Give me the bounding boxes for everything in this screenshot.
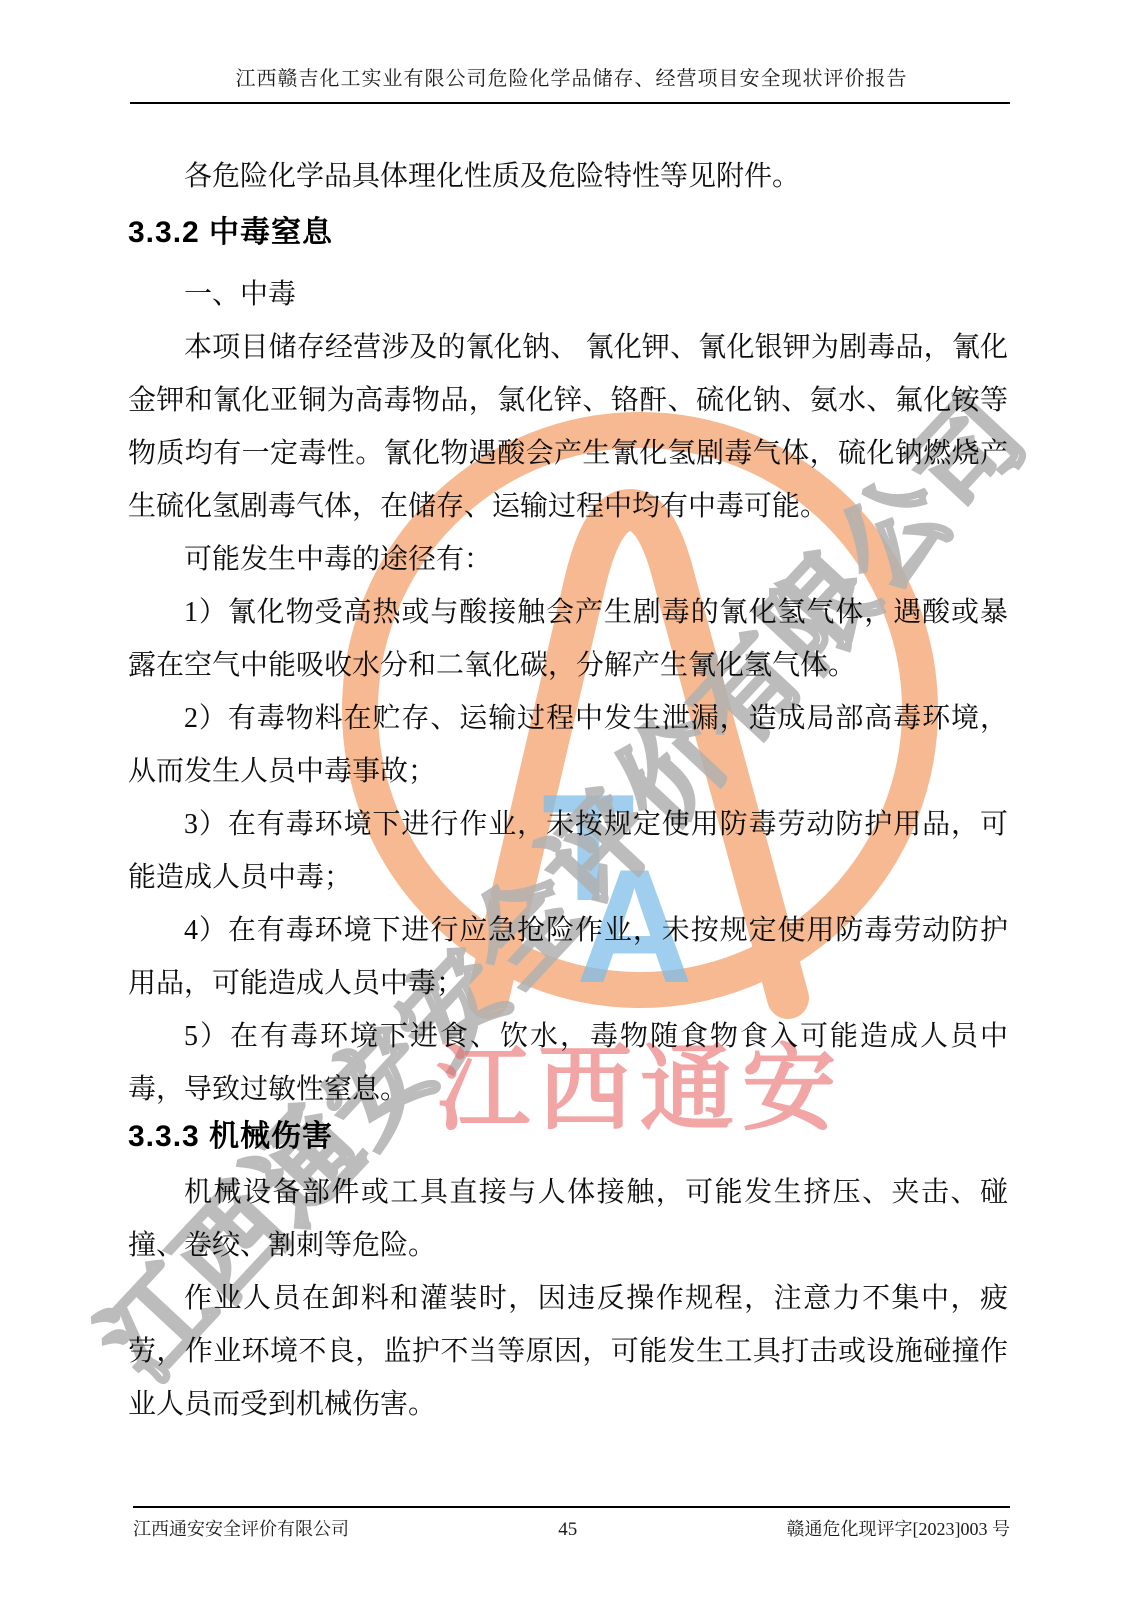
page-footer: 江西通安安全评价有限公司 45 赣通危化现评字[2023]003 号 [133, 1515, 1010, 1541]
document-body: 各危险化学品具体理化性质及危险特性等见附件。 3.3.2 中毒窒息 一、中毒 本… [128, 150, 1008, 1431]
list-item-2: 2）有毒物料在贮存、运输过程中发生泄漏，造成局部高毒环境，从而发生人员中毒事故； [128, 692, 1008, 798]
paragraph-toxic-overview: 本项目储存经营涉及的氰化钠、 氰化钾、氰化银钾为剧毒品，氰化金钾和氰化亚铜为高毒… [128, 321, 1008, 533]
paragraph-mechanical-detail: 作业人员在卸料和灌装时，因违反操作规程，注意力不集中，疲劳，作业环境不良，监护不… [128, 1272, 1008, 1431]
footer-doc-number: 赣通危化现评字[2023]003 号 [787, 1515, 1011, 1541]
paragraph-mechanical-overview: 机械设备部件或工具直接与人体接触，可能发生挤压、夹击、碰撞、卷绞、割刺等危险。 [128, 1166, 1008, 1272]
footer-company: 江西通安安全评价有限公司 [133, 1515, 349, 1541]
paragraph-routes-lead-in: 可能发生中毒的途径有： [128, 533, 1008, 586]
list-item-3: 3）在有毒环境下进行作业，未按规定使用防毒劳动防护用品，可能造成人员中毒； [128, 798, 1008, 904]
section-heading-3-3-2: 3.3.2 中毒窒息 [128, 212, 1008, 254]
intro-paragraph: 各危险化学品具体理化性质及危险特性等见附件。 [128, 150, 1008, 203]
list-item-1: 1）氰化物受高热或与酸接触会产生剧毒的氰化氢气体，遇酸或暴露在空气中能吸收水分和… [128, 586, 1008, 692]
page-header-title: 江西赣吉化工实业有限公司危险化学品储存、经营项目安全现状评价报告 [133, 62, 1010, 91]
list-item-4: 4）在有毒环境下进行应急抢险作业，未按规定使用防毒劳动防护用品，可能造成人员中毒… [128, 904, 1008, 1010]
footer-page-number: 45 [558, 1519, 577, 1541]
report-page: T A 江西通安安全评价有限公司 江西通安 江西赣吉化工实业有限公司危险化学品储… [0, 0, 1131, 1600]
section-heading-3-3-3: 3.3.3 机械伤害 [128, 1116, 1008, 1158]
subheading-zhongdu: 一、中毒 [128, 268, 1008, 321]
footer-divider [133, 1506, 1010, 1508]
list-item-5: 5）在有毒环境下进食、饮水，毒物随食物食入可能造成人员中毒，导致过敏性窒息。 [128, 1010, 1008, 1116]
header-divider [130, 102, 1010, 104]
